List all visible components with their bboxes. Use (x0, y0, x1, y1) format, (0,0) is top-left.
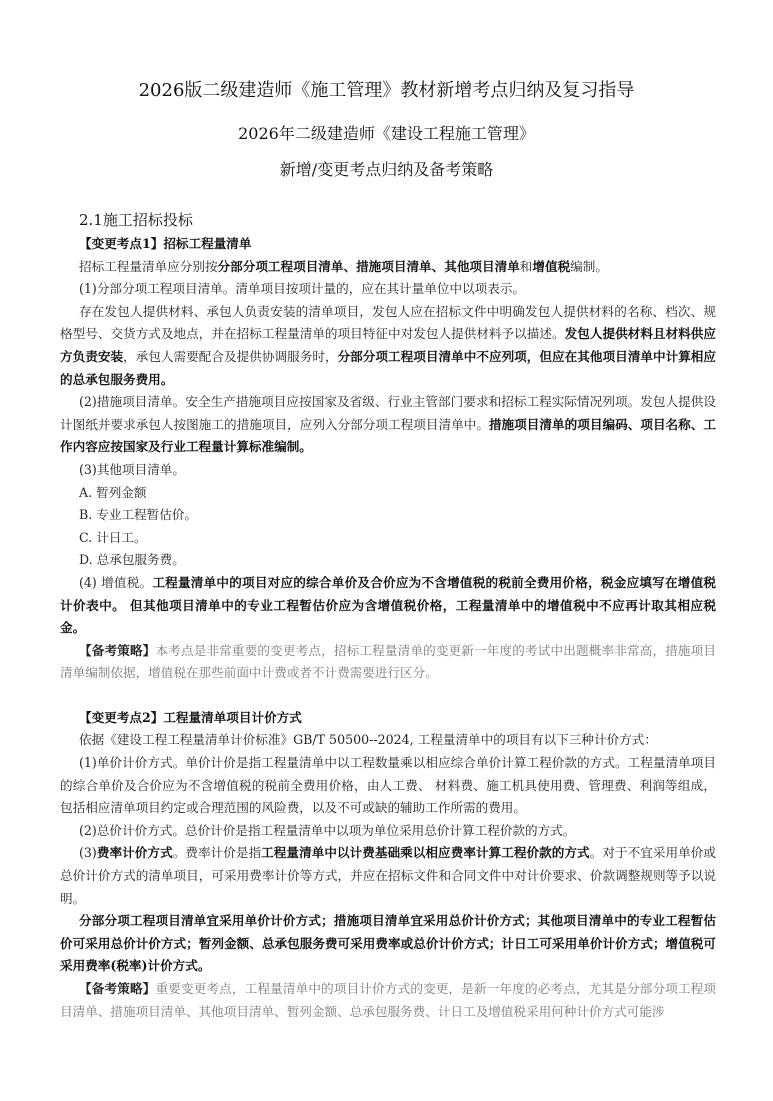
text: 编制。 (570, 259, 608, 274)
paragraph: 招标工程量清单应分别按分部分项工程项目清单、措施项目清单、其他项目清单和增值税编… (60, 256, 716, 279)
bold-text: 分部分项工程项目清单、措施项目清单、其他项目清单 (218, 259, 520, 274)
list-item: C. 计日工。 (60, 527, 716, 550)
paragraph: 存在发包人提供材料、承包人负责安装的清单项目，发包人应在招标文件中明确发包人提供… (60, 301, 716, 391)
paragraph: (4) 增值税。工程量清单中的项目对应的综合单价及合价应为不含增值税的税前全费用… (60, 572, 716, 640)
key-point-2-label: 【变更考点2】工程量清单项目计价方式 (60, 707, 716, 730)
document-title: 2026版二级建造师《施工管理》教材新增考点归纳及复习指导 (0, 76, 773, 102)
study-strategy: 【备考策略】重要变更考点，工程量清单中的项目计价方式的变更，是新一年度的必考点，… (60, 978, 716, 1023)
list-item: D. 总承包服务费。 (60, 549, 716, 572)
document-subtitle-2: 新增/变更考点归纳及备考策略 (0, 157, 773, 180)
key-point-1-label: 【变更考点1】招标工程量清单 (60, 233, 716, 256)
study-strategy: 【备考策略】本考点是非常重要的变更考点，招标工程量清单的变更新一年度的考试中出题… (60, 640, 716, 685)
bold-text: 费率计价方式 (97, 845, 173, 860)
list-item: B. 专业工程暂估价。 (60, 504, 716, 527)
strategy-text: 本考点是非常重要的变更考点，招标工程量清单的变更新一年度的考试中出题概率非常高，… (60, 643, 716, 681)
section-heading: 2.1施工招标投标 (60, 207, 716, 233)
paragraph: (3)费率计价方式。费率计价是指工程量清单中以计费基础乘以相应费率计算工程价款的… (60, 842, 716, 910)
bold-text: 增值税 (532, 259, 570, 274)
paragraph: 依据《建设工程工程量清单计价标准》GB/T 50500--2024, 工程量清单… (60, 729, 716, 752)
strategy-tag: 【备考策略】 (79, 981, 155, 996)
paragraph: (2)措施项目清单。安全生产措施项目应按国家及省级、行业主管部门要求和招标工程实… (60, 391, 716, 459)
text: 招标工程量清单应分别按 (79, 259, 218, 274)
text: 和 (520, 259, 533, 274)
document-subtitle: 2026年二级建造师《建设工程施工管理》 (0, 121, 773, 144)
paragraph: (1)单价计价方式。单价计价是指工程量清单中以工程数量乘以相应综合单价计算工程价… (60, 752, 716, 820)
paragraph: (1)分部分项工程项目清单。清单项目按项计量的，应在其计量单位中以项表示。 (60, 278, 716, 301)
bold-text: 工程量清单中的项目对应的综合单价及合价应为不含增值税的税前全费用价格，税金应填写… (60, 575, 716, 635)
strategy-tag: 【备考策略】 (79, 643, 155, 658)
text: (4) 增值税。 (79, 575, 152, 590)
list-item: A. 暂列金额 (60, 482, 716, 505)
text: (3) (79, 845, 97, 860)
summary-paragraph: 分部分项工程项目清单宜采用单价计价方式；措施项目清单宜采用总价计价方式；其他项目… (60, 910, 716, 978)
spacer (60, 685, 716, 707)
paragraph: (2)总价计价方式。总价计价是指工程量清单中以项为单位采用总价计算工程价款的方式… (60, 820, 716, 843)
document-body: 2.1施工招标投标 【变更考点1】招标工程量清单 招标工程量清单应分别按分部分项… (60, 207, 716, 1023)
bold-text: 工程量清单中以计费基础乘以相应费率计算工程价款的方式 (261, 845, 590, 860)
paragraph: (3)其他项目清单。 (60, 459, 716, 482)
text: ，承包人需要配合及提供协调服务时， (123, 349, 337, 364)
text: 。费率计价是指 (173, 845, 261, 860)
strategy-text: 重要变更考点，工程量清单中的项目计价方式的变更，是新一年度的必考点，尤其是分部分… (60, 981, 716, 1019)
